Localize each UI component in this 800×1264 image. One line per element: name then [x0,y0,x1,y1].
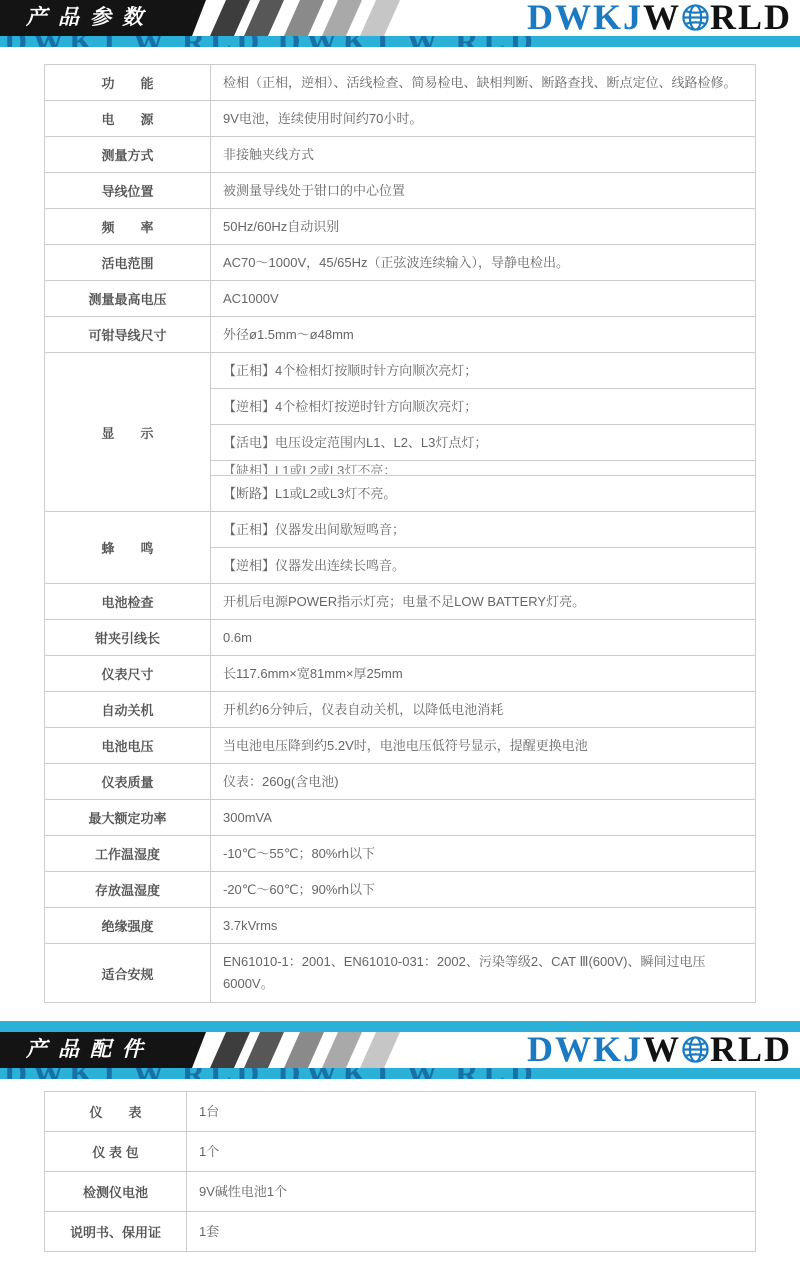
diagonal-stripe [242,0,286,36]
accessory-value: 1个 [187,1132,756,1172]
spec-row: 存放温湿度 -20℃～60℃；90%rh以下 [45,872,756,908]
spec-row: 仪表尺寸 长117.6mm×宽81mm×厚25mm [45,656,756,692]
spec-label: 最大额定功率 [45,800,211,836]
spec-row: 绝缘强度 3.7kVrms [45,908,756,944]
spec-label: 电池检查 [45,584,211,620]
spec-value: AC1000V [211,281,756,317]
watermark-strip-top: DWKJ W RLD DWKJ W RLD [0,1021,800,1032]
accessory-value: 1台 [187,1092,756,1132]
accessory-row: 仪 表 1台 [45,1092,756,1132]
spec-value: 50Hz/60Hz自动识别 [211,209,756,245]
section2-title: 产品配件 [26,1032,154,1068]
accessory-value: 1套 [187,1212,756,1252]
spec-label: 测量最高电压 [45,281,211,317]
section1-title: 产品参数 [26,0,154,36]
spec-label-display: 显 示 [45,353,211,512]
brand-logo-blue-part: DWKJ [527,1032,643,1068]
accessory-label: 说明书、保用证 [45,1212,187,1252]
spec-value: 3.7kVrms [211,908,756,944]
brand-logo: DWKJWRLD [527,1032,792,1068]
accessory-row: 仪 表 包 1个 [45,1132,756,1172]
spec-label: 测量方式 [45,137,211,173]
spec-label: 可钳导线尺寸 [45,317,211,353]
product-spec-page: { "brand": { "blue_part": "DWKJ", "black… [0,0,800,1264]
spec-row: 适合安规 EN61010-1：2001、EN61010-031：2002、污染等… [45,944,756,1003]
spec-label: 钳夹引线长 [45,620,211,656]
spec-value: 【正相】仪器发出间歇短鸣音； [211,512,756,548]
spec-value: 【正相】4个检相灯按顺时针方向顺次亮灯； [211,353,756,389]
spec-label: 电池电压 [45,728,211,764]
spec-value: 0.6m [211,620,756,656]
accessory-row: 说明书、保用证 1套 [45,1212,756,1252]
brand-logo-w: W [643,0,681,36]
spec-row: 测量最高电压 AC1000V [45,281,756,317]
spec-label: 存放温湿度 [45,872,211,908]
spec-table: 功 能 检相（正相，逆相）、活线检查、简易检电、缺相判断、断路查找、断点定位、线… [44,64,756,1003]
clipped-text: 【缺相】L1或L2或L3灯不亮； [211,463,755,474]
accessory-label: 仪 表 包 [45,1132,187,1172]
spec-label: 工作温湿度 [45,836,211,872]
brand-logo-rld: RLD [710,0,792,36]
diagonal-stripe [358,0,402,36]
spec-label-buzzer: 蜂 鸣 [45,512,211,584]
spec-value: 【活电】电压设定范围内L1、L2、L3灯点灯； [211,425,756,461]
spec-value: EN61010-1：2001、EN61010-031：2002、污染等级2、CA… [211,944,756,1003]
spec-value: 开机后电源POWER指示灯亮；电量不足LOW BATTERY灯亮。 [211,584,756,620]
watermark-text: DWKJ W RLD DWKJ W RLD [4,1068,800,1079]
accessories-table: 仪 表 1台 仪 表 包 1个 检测仪电池 9V碱性电池1个 说明书、保用证 1… [44,1091,756,1252]
globe-icon [681,3,710,32]
brand-logo-rld: RLD [710,1032,792,1068]
spec-row: 电池电压 当电池电压降到约5.2V时，电池电压低符号显示，提醒更换电池 [45,728,756,764]
globe-icon [681,1035,710,1064]
section1-header-band: 产品参数 DWKJWRLD [0,0,800,36]
spec-label: 导线位置 [45,173,211,209]
spec-row: 最大额定功率 300mVA [45,800,756,836]
spec-row: 自动关机 开机约6分钟后，仪表自动关机，以降低电池消耗 [45,692,756,728]
spec-label: 功 能 [45,65,211,101]
spec-row: 可钳导线尺寸 外径ø1.5mm～ø48mm [45,317,756,353]
spec-row: 电池检查 开机后电源POWER指示灯亮；电量不足LOW BATTERY灯亮。 [45,584,756,620]
spec-value: -20℃～60℃；90%rh以下 [211,872,756,908]
spec-value: 当电池电压降到约5.2V时，电池电压低符号显示，提醒更换电池 [211,728,756,764]
spec-value: 外径ø1.5mm～ø48mm [211,317,756,353]
spec-label: 仪表尺寸 [45,656,211,692]
spec-value: AC70～1000V，45/65Hz（正弦波连续输入），导静电检出。 [211,245,756,281]
spec-value: 【逆相】仪器发出连续长鸣音。 [211,548,756,584]
spec-label: 活电范围 [45,245,211,281]
spec-value-clipped: 【缺相】L1或L2或L3灯不亮； [211,461,756,476]
spec-row: 活电范围 AC70～1000V，45/65Hz（正弦波连续输入），导静电检出。 [45,245,756,281]
spec-label: 适合安规 [45,944,211,1003]
spec-value: 9V电池，连续使用时间约70小时。 [211,101,756,137]
spec-value: 300mVA [211,800,756,836]
spec-row: 电 源 9V电池，连续使用时间约70小时。 [45,101,756,137]
spec-row: 功 能 检相（正相，逆相）、活线检查、简易检电、缺相判断、断路查找、断点定位、线… [45,65,756,101]
spec-label: 频 率 [45,209,211,245]
spec-value: 开机约6分钟后，仪表自动关机，以降低电池消耗 [211,692,756,728]
spec-label: 绝缘强度 [45,908,211,944]
spec-value: -10℃～55℃；80%rh以下 [211,836,756,872]
diagonal-stripe [358,1032,402,1068]
spec-row: 频 率 50Hz/60Hz自动识别 [45,209,756,245]
section2-header-band: 产品配件 DWKJWRLD [0,1032,800,1068]
diagonal-stripe [282,0,326,36]
spec-value: 【逆相】4个检相灯按逆时针方向顺次亮灯； [211,389,756,425]
spec-value: 仪表：260g(含电池) [211,764,756,800]
spec-label: 自动关机 [45,692,211,728]
brand-logo-blue-part: DWKJ [527,0,643,36]
spec-row: 工作温湿度 -10℃～55℃；80%rh以下 [45,836,756,872]
spec-value: 【断路】L1或L2或L3灯不亮。 [211,476,756,512]
spec-row-buzzer: 蜂 鸣 【正相】仪器发出间歇短鸣音； [45,512,756,548]
spec-label: 仪表质量 [45,764,211,800]
accessory-label: 检测仪电池 [45,1172,187,1212]
brand-logo-w: W [643,1032,681,1068]
accessory-value: 9V碱性电池1个 [187,1172,756,1212]
spec-label: 电 源 [45,101,211,137]
accessory-label: 仪 表 [45,1092,187,1132]
diagonal-stripe [320,1032,364,1068]
accessory-row: 检测仪电池 9V碱性电池1个 [45,1172,756,1212]
spec-row: 导线位置 被测量导线处于钳口的中心位置 [45,173,756,209]
diagonal-stripe [320,0,364,36]
watermark-strip: DWKJ W RLD DWKJ W RLD [0,1068,800,1079]
spec-row: 测量方式 非接触夹线方式 [45,137,756,173]
spec-row-display: 显 示 【正相】4个检相灯按顺时针方向顺次亮灯； [45,353,756,389]
spec-row: 仪表质量 仪表：260g(含电池) [45,764,756,800]
brand-logo: DWKJWRLD [527,0,792,36]
spec-value: 被测量导线处于钳口的中心位置 [211,173,756,209]
spec-value: 非接触夹线方式 [211,137,756,173]
diagonal-stripe [282,1032,326,1068]
diagonal-stripe [242,1032,286,1068]
watermark-text: DWKJ W RLD DWKJ W RLD [4,36,800,47]
spec-value: 检相（正相，逆相）、活线检查、简易检电、缺相判断、断路查找、断点定位、线路检修。 [211,65,756,101]
spec-value: 长117.6mm×宽81mm×厚25mm [211,656,756,692]
watermark-strip: DWKJ W RLD DWKJ W RLD [0,36,800,47]
spec-row: 钳夹引线长 0.6m [45,620,756,656]
